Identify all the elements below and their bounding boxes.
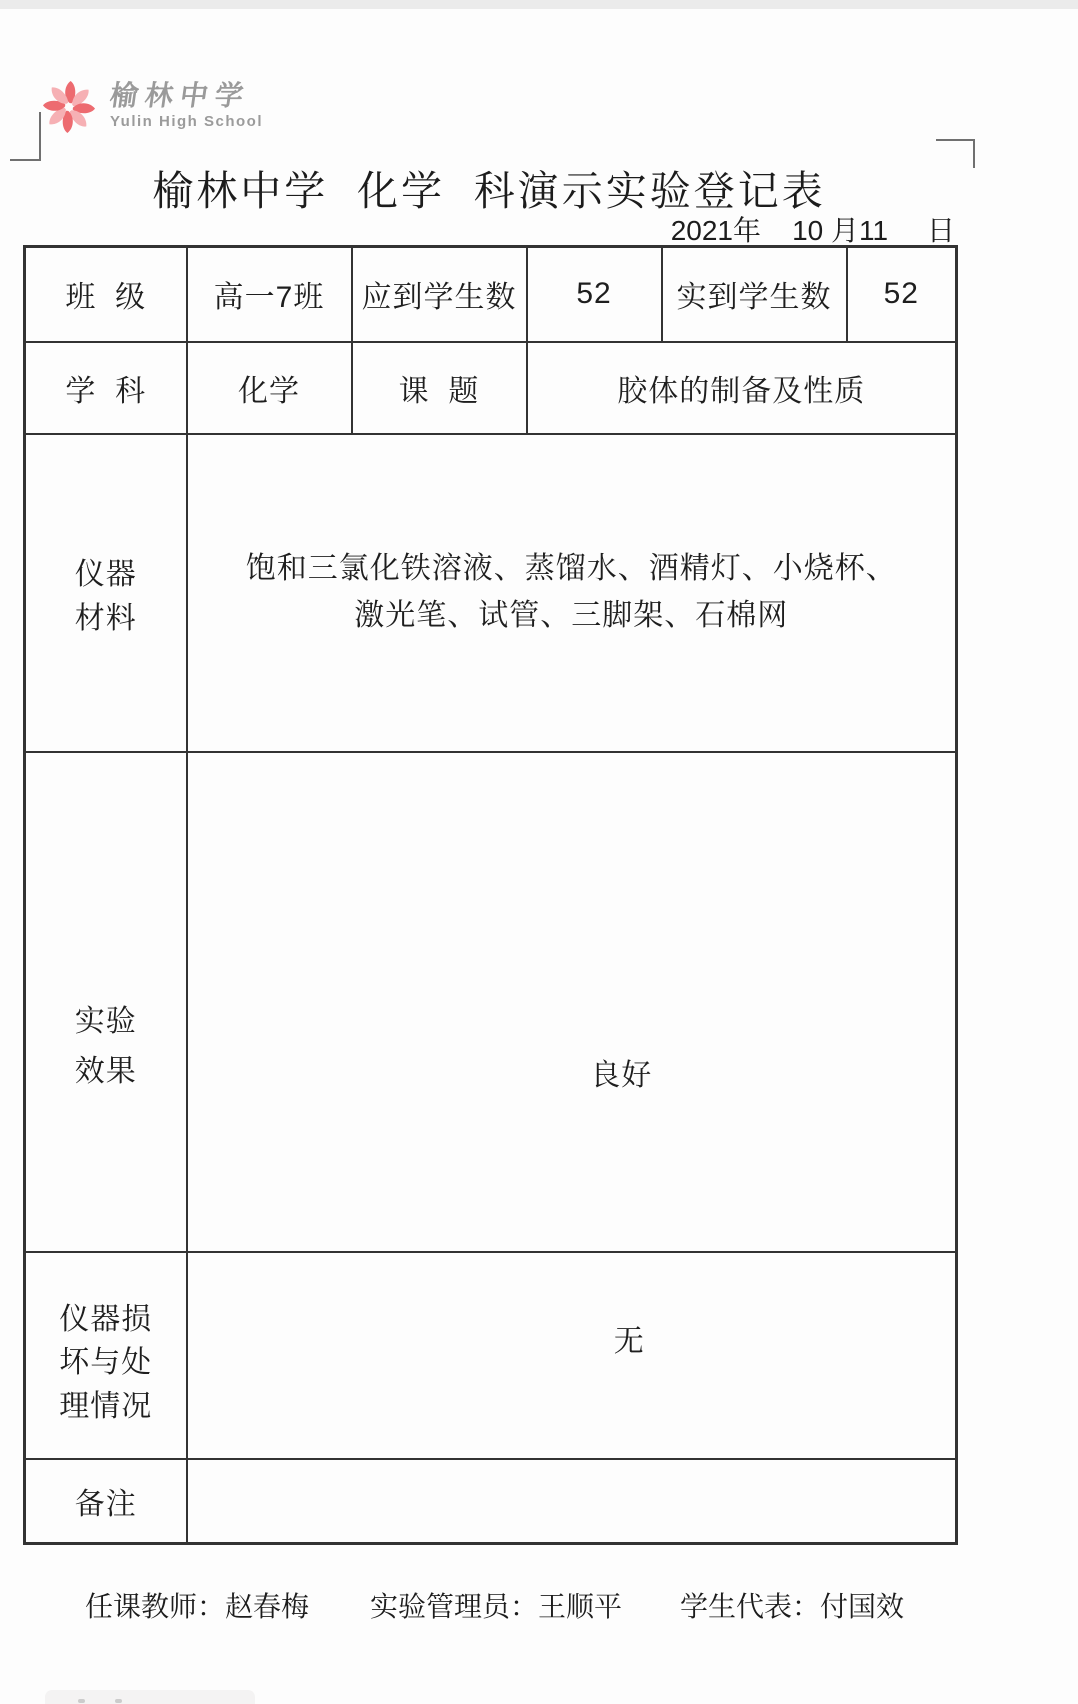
expected-students-value-cell: 52 — [527, 247, 662, 342]
materials-label: 仪器 材料 — [26, 549, 186, 637]
topic-value: 胶体的制备及性质 — [528, 366, 956, 410]
materials-content-cell: 饱和三氯化铁溶液、蒸馏水、酒精灯、小烧杯、 激光笔、试管、三脚架、石棉网 — [187, 434, 957, 752]
lab-manager-signature: 实验管理员：王顺平 — [370, 1585, 622, 1625]
date-line: 2021年 10 月11 日 — [23, 209, 955, 249]
damage-label: 仪器损 坏与处 理情况 — [26, 1298, 186, 1429]
table-row-class: 班 级 高一7班 应到学生数 52 实到学生数 52 — [25, 247, 957, 342]
school-logo: 榆林中学 Yulin High School — [40, 78, 263, 136]
effect-label: 实验 效果 — [26, 997, 186, 1096]
actual-students-label: 实到学生数 — [663, 272, 846, 316]
remarks-label-cell: 备注 — [25, 1459, 187, 1544]
actual-students-value: 52 — [848, 277, 956, 311]
class-value: 高一7班 — [188, 272, 351, 316]
actual-students-label-cell: 实到学生数 — [662, 247, 847, 342]
table-row-materials: 仪器 材料 饱和三氯化铁溶液、蒸馏水、酒精灯、小烧杯、 激光笔、试管、三脚架、石… — [25, 434, 957, 752]
table-row-remarks: 备注 — [25, 1459, 957, 1544]
school-name-cn: 榆林中学 — [108, 82, 265, 110]
scanned-form-page: 榆林中学 Yulin High School 榆林中学 化学 科演示实验登记表 … — [0, 0, 1078, 1704]
class-label-cell: 班 级 — [25, 247, 187, 342]
damage-label-cell: 仪器损 坏与处 理情况 — [25, 1252, 187, 1459]
expected-students-label-cell: 应到学生数 — [352, 247, 527, 342]
table-row-damage: 仪器损 坏与处 理情况 无 — [25, 1252, 957, 1459]
page-top-edge-shadow — [0, 0, 1078, 9]
remarks-label: 备注 — [26, 1479, 186, 1523]
teacher-signature: 任课教师：赵春梅 — [85, 1585, 309, 1625]
actual-students-value-cell: 52 — [847, 247, 957, 342]
scan-corner-mark-left — [10, 112, 41, 161]
topic-value-cell: 胶体的制备及性质 — [527, 342, 957, 434]
effect-label-cell: 实验 效果 — [25, 752, 187, 1252]
cut-off-bottom-element — [45, 1690, 255, 1704]
table-row-effect: 实验 效果 良好 — [25, 752, 957, 1252]
materials-label-cell: 仪器 材料 — [25, 434, 187, 752]
school-name-en: Yulin High School — [110, 114, 263, 129]
topic-label-cell: 课 题 — [352, 342, 527, 434]
cut-off-glyph-mark — [115, 1699, 122, 1703]
subject-value: 化学 — [188, 366, 351, 410]
remarks-content-cell — [187, 1459, 957, 1544]
registration-form-table: 班 级 高一7班 应到学生数 52 实到学生数 52 学 科 化学 课 题 胶体… — [23, 245, 958, 1545]
materials-content: 饱和三氯化铁溶液、蒸馏水、酒精灯、小烧杯、 激光笔、试管、三脚架、石棉网 — [188, 546, 956, 639]
damage-content: 无 — [614, 1316, 645, 1360]
table-row-subject: 学 科 化学 课 题 胶体的制备及性质 — [25, 342, 957, 434]
expected-students-value: 52 — [528, 277, 661, 311]
class-label: 班 级 — [26, 272, 186, 316]
subject-label-cell: 学 科 — [25, 342, 187, 434]
cut-off-glyph-mark — [78, 1699, 85, 1703]
damage-content-cell: 无 — [187, 1252, 957, 1459]
effect-content-cell: 良好 — [187, 752, 957, 1252]
student-representative-signature: 学生代表：付国效 — [680, 1585, 904, 1625]
subject-value-cell: 化学 — [187, 342, 352, 434]
pinwheel-flower-icon — [40, 78, 98, 136]
class-value-cell: 高一7班 — [187, 247, 352, 342]
subject-label: 学 科 — [26, 366, 186, 410]
expected-students-label: 应到学生数 — [353, 272, 526, 316]
effect-content: 良好 — [590, 1050, 652, 1094]
school-logo-text: 榆林中学 Yulin High School — [110, 78, 263, 129]
topic-label: 课 题 — [353, 366, 526, 410]
